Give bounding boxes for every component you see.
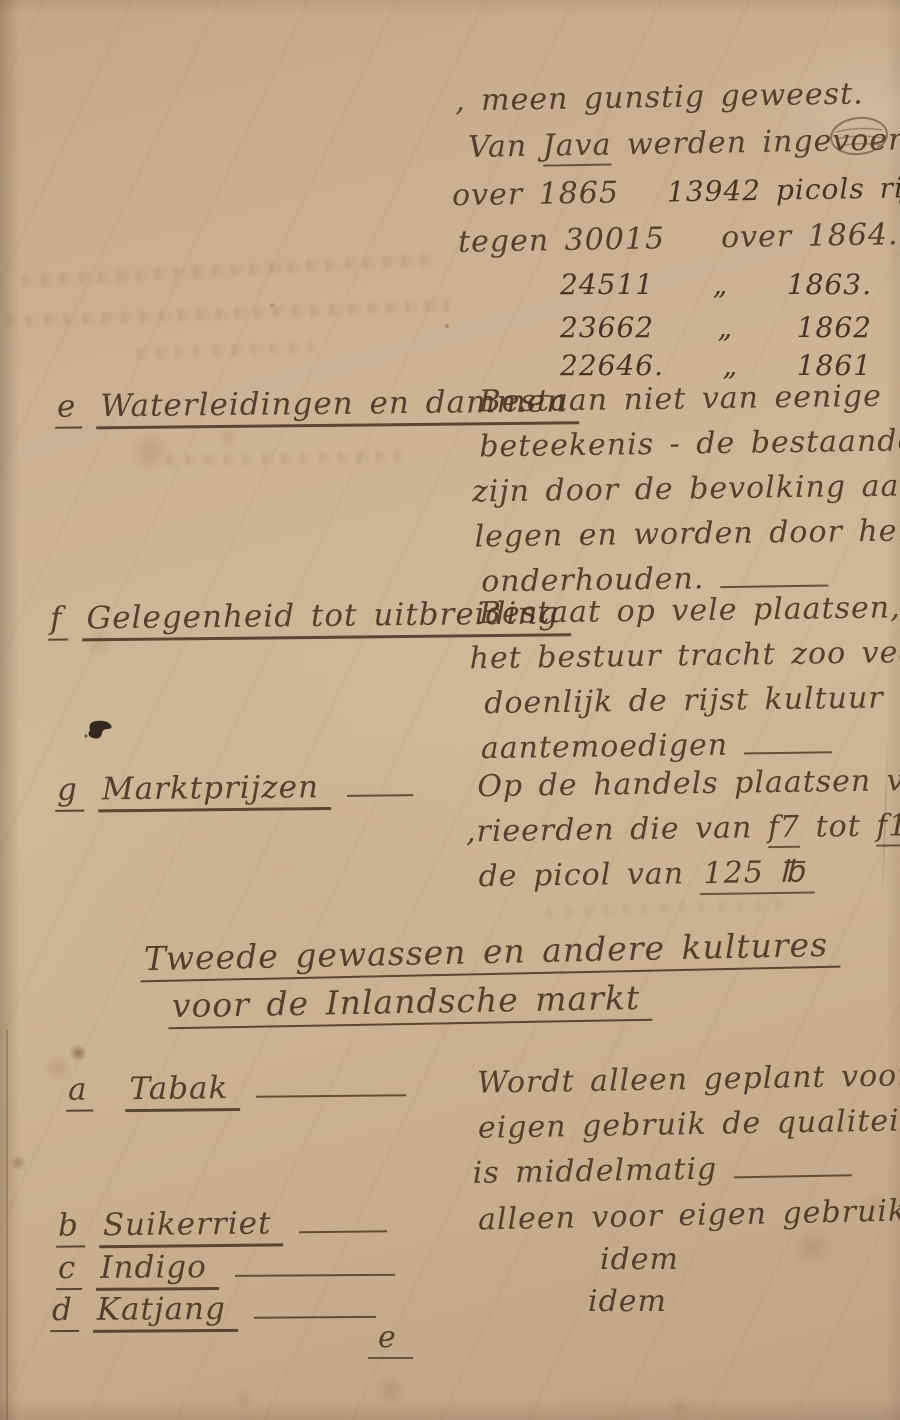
entry-b-heading: bSuikerriet: [56, 1204, 388, 1247]
oval-scribble: [828, 112, 890, 164]
page-edge: [6, 1030, 8, 1420]
filler-dash: [744, 730, 832, 755]
entry-g-body: Op de handels plaatsen va ,rieerden die …: [477, 763, 900, 904]
ditto-mark: „: [713, 268, 729, 301]
catchword-text: e: [368, 1320, 413, 1359]
import-row: 24511„1863.: [560, 268, 872, 301]
entry-d-body: idem: [588, 1284, 667, 1319]
intro-line-3: over 186513942 picols rijst: [452, 170, 900, 214]
manuscript-page: , meen gunstig geweest. Van Java werden …: [0, 0, 900, 1420]
body-line: eigen gebruik de qualiteit: [478, 1103, 900, 1156]
body-line: doenlijk de rijst kultuur: [484, 680, 900, 731]
entry-b-body: alleen voor eigen gebruik: [478, 1194, 900, 1238]
body-line: zijn door de bevolking aange,: [472, 468, 900, 520]
over-year: over 1865: [452, 175, 620, 213]
body-line: Bestaan niet van eenige: [478, 378, 900, 430]
entry-c-letter: c: [56, 1250, 83, 1290]
filler-dash: [254, 1294, 376, 1319]
section-heading-line-1: Tweede gewassen en andere kultures: [120, 924, 861, 978]
section-heading-text: voor de Inlandsche markt: [168, 978, 653, 1029]
bleed-through-text: [15, 254, 435, 287]
section-heading-text: Tweede gewassen en andere kultures: [140, 925, 841, 983]
ditto-mark: „: [723, 349, 739, 382]
entry-d-letter: d: [50, 1292, 79, 1332]
import-amount: 22646.: [560, 349, 664, 382]
entry-b-letter: b: [56, 1207, 85, 1247]
filler-dash: [256, 1072, 406, 1098]
import-row: 23662„1862: [560, 311, 872, 344]
java-underlined: Java: [542, 127, 611, 166]
entry-d-heading: dKatjang: [50, 1290, 376, 1332]
body-line: het bestuur tracht zoo veel: [469, 635, 900, 686]
body-line: legen en worden door hen: [474, 513, 900, 565]
filler-dash: [733, 1153, 851, 1179]
body-line-text: aantemoedigen: [481, 728, 729, 766]
over-prev-year: over 1864.: [721, 217, 899, 255]
entry-f-letter: f: [48, 601, 69, 641]
amount-1865: 13942 picols rijst: [667, 171, 900, 209]
body-line-text: tot: [800, 809, 877, 845]
picol-weight: 125 ℔: [699, 855, 815, 896]
import-year: 1862: [797, 311, 872, 344]
filler-dash: [299, 1208, 387, 1233]
intro-line-1: , meen gunstig geweest.: [455, 76, 864, 118]
entry-d-label: Katjang: [93, 1291, 238, 1333]
import-amount: 23662: [560, 311, 654, 344]
ditto-mark: „: [718, 311, 734, 344]
body-line: de picol van 125 ℔: [478, 853, 900, 904]
entry-g-label: Marktprijzen: [98, 769, 332, 812]
filler-dash: [235, 1252, 395, 1277]
ink-blot: [80, 712, 120, 750]
body-line: Bestaat op vele plaatsen,: [479, 590, 900, 641]
intro-van: Van: [468, 129, 543, 165]
section-heading-line-2: voor de Inlandsche markt: [130, 977, 691, 1026]
entry-b-label: Suikerriet: [99, 1205, 284, 1248]
filler-dash: [347, 772, 413, 797]
import-amount: 24511: [560, 268, 654, 301]
entry-a-letter: a: [66, 1071, 94, 1111]
entry-c-label: Indigo: [96, 1249, 219, 1291]
entry-g-heading: gMarktprijzen: [55, 768, 413, 812]
body-line: Wordt alleen geplant voor: [477, 1058, 900, 1111]
catchword: e: [368, 1320, 413, 1355]
bleed-through-text: [130, 342, 315, 359]
price-high: f10.: [876, 808, 900, 847]
body-line-text: ,rieerden die van: [466, 810, 768, 849]
import-year: 1861: [797, 349, 872, 382]
body-line: ,rieerden die van f7 tot f10.: [466, 808, 900, 860]
entry-a-heading: aTabak: [66, 1068, 407, 1112]
body-line: beteekenis - de bestaande: [479, 423, 900, 475]
entry-c-body: idem: [600, 1242, 679, 1277]
import-row: 22646.„1861: [560, 349, 872, 382]
body-line-text: is middelmatig: [472, 1152, 717, 1191]
intro-line-4: tegen 30015over 1864.: [458, 217, 899, 260]
price-low: f7: [768, 810, 801, 848]
tegen-amount: tegen 30015: [458, 221, 666, 260]
bleed-through-text: [160, 451, 405, 466]
entry-f-body: Bestaat op vele plaatsen, het bestuur tr…: [479, 590, 900, 776]
entry-g-letter: g: [55, 772, 84, 812]
entry-e-body: Bestaan niet van eenige beteekenis - de …: [478, 378, 900, 610]
bleed-through-text: [0, 300, 450, 327]
body-line: is middelmatig: [472, 1148, 900, 1201]
import-year: 1863.: [787, 268, 872, 301]
entry-e-letter: e: [55, 388, 83, 428]
entry-a-label: Tabak: [125, 1070, 240, 1112]
filler-dash: [720, 563, 828, 588]
entry-c-heading: cIndigo: [56, 1248, 395, 1290]
entry-a-body: Wordt alleen geplant voor eigen gebruik …: [477, 1058, 900, 1201]
body-line-text: de picol van: [478, 856, 699, 894]
body-line: Op de handels plaatsen va: [477, 763, 900, 814]
